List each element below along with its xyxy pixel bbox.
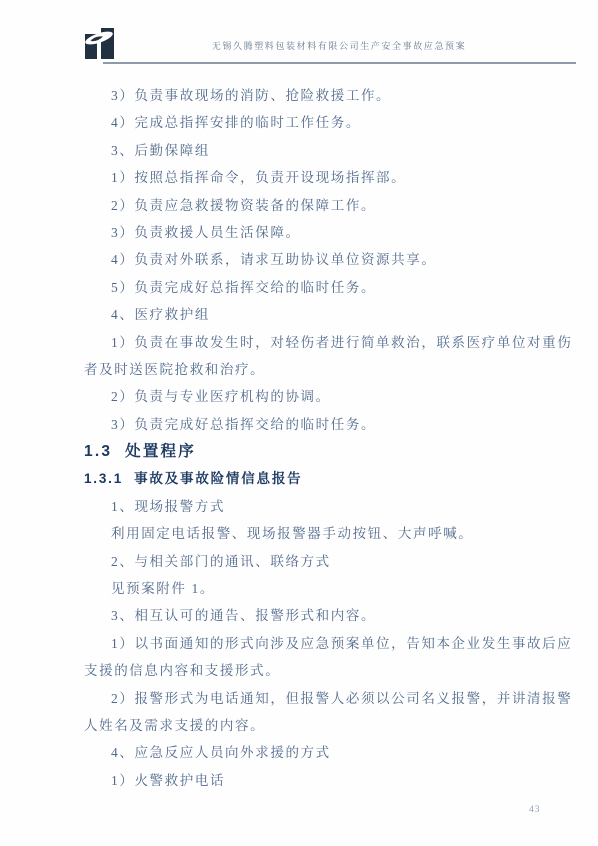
text-line: 2）报警形式为电话通知，但报警人必须以公司名义报警，并讲清报警 xyxy=(84,685,532,712)
text-line: 见预案附件 1。 xyxy=(84,575,532,602)
document-body: 3）负责事故现场的消防、抢险救援工作。 4）完成总指挥安排的临时工作任务。 3、… xyxy=(84,82,532,794)
text-line: 1）负责在事故发生时，对轻伤者进行简单救治，联系医疗单位对重伤 xyxy=(84,329,532,356)
company-logo-icon xyxy=(84,27,115,61)
text-line: 4）完成总指挥安排的临时工作任务。 xyxy=(84,109,532,136)
text-line: 3、后勤保障组 xyxy=(84,137,532,164)
text-line: 支援的信息内容和支援形式。 xyxy=(84,657,532,684)
text-line: 2）负责应急救援物资装备的保障工作。 xyxy=(84,192,532,219)
text-line: 利用固定电话报警、现场报警器手动按钮、大声呼喊。 xyxy=(84,520,532,547)
text-line: 3、相互认可的通告、报警形式和内容。 xyxy=(84,602,532,629)
text-line: 4、医疗救护组 xyxy=(84,301,532,328)
text-line: 1、现场报警方式 xyxy=(84,493,532,520)
section-heading-1-3-1: 1.3.1 事故及事故险情信息报告 xyxy=(84,465,532,492)
text-line: 4、应急反应人员向外求援的方式 xyxy=(84,739,532,766)
page-number: 43 xyxy=(529,805,541,815)
text-line: 1）按照总指挥命令，负责开设现场指挥部。 xyxy=(84,164,532,191)
document-header-title: 无锡久腾塑料包装材料有限公司生产安全事故应急预案 xyxy=(120,39,558,52)
text-line: 2）负责与专业医疗机构的协调。 xyxy=(84,383,532,410)
text-line: 1）以书面通知的形式向涉及应急预案单位，告知本企业发生事故后应 xyxy=(84,630,532,657)
text-line: 者及时送医院抢救和治疗。 xyxy=(84,356,532,383)
section-heading-1-3: 1.3 处置程序 xyxy=(84,438,532,465)
text-line: 3）负责事故现场的消防、抢险救援工作。 xyxy=(84,82,532,109)
text-line: 3）负责完成好总指挥交给的临时任务。 xyxy=(84,411,532,438)
text-line: 人姓名及需求支援的内容。 xyxy=(84,712,532,739)
header-divider xyxy=(103,62,576,64)
text-line: 4）负责对外联系，请求互助协议单位资源共享。 xyxy=(84,246,532,273)
text-line: 5）负责完成好总指挥交给的临时任务。 xyxy=(84,274,532,301)
text-line: 2、与相关部门的通讯、联络方式 xyxy=(84,548,532,575)
document-page: 无锡久腾塑料包装材料有限公司生产安全事故应急预案 3）负责事故现场的消防、抢险救… xyxy=(0,0,598,846)
text-line: 1）火警救护电话 xyxy=(84,767,532,794)
text-line: 3）负责救援人员生活保障。 xyxy=(84,219,532,246)
